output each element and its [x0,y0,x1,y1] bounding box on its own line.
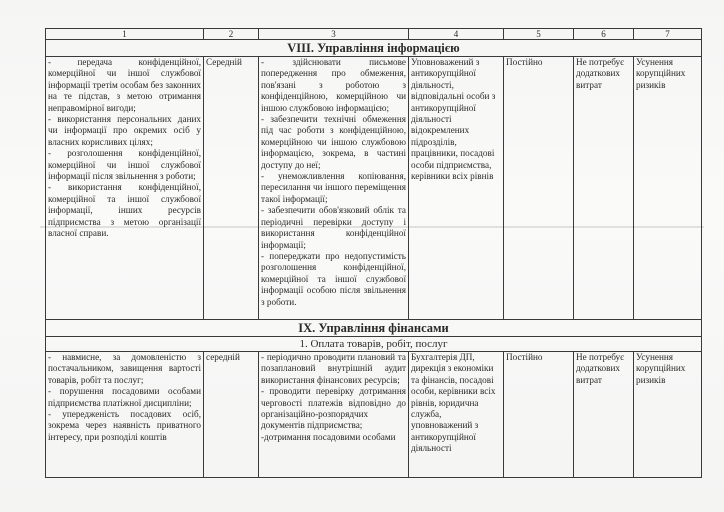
risk-item: - передача конфіденційної, комерційної ч… [48,57,201,114]
risk-item: - використання конфіденційної, комерційн… [48,182,201,239]
risk-item: - упередженість посадових осіб, зокрема … [48,409,201,443]
section-heading-row: IX. Управління фінансами [46,320,702,337]
risk-item: - розголошення конфіденційної, комерційн… [48,148,201,182]
scanned-page: 1 2 3 4 5 6 7 VIII. Управління інформаці… [0,0,724,512]
measure-item: - забезпечити обов'язковий облік та пері… [261,205,406,251]
subsection-heading-row: 1. Оплата товарів, робіт, послуг [46,337,702,352]
resources-cell: Не потребує додаткових витрат [574,352,634,478]
responsible-cell: Уповноважений з антикорупційної діяльнос… [409,57,504,320]
section-title: IX. Управління фінансами [46,320,702,337]
table-row: - навмисне, за домовленістю з постачальн… [46,352,702,478]
measure-item: - попереджати про недопустимість розголо… [261,251,406,308]
column-number: 6 [574,29,634,40]
measure-item: - здійснювати письмове попередження про … [261,57,406,114]
column-number: 3 [259,29,409,40]
responsible-cell: Бухгалтерія ДП, дирекція з економіки та … [409,352,504,478]
column-number: 2 [204,29,259,40]
risk-item: - використання персональних даних чи інф… [48,114,201,148]
risk-item: - порушення посадовими особами підприємс… [48,386,201,409]
risk-level-cell: Середній [204,57,259,320]
term-cell: Постійно [504,57,574,320]
measures-cell: - періодично проводити плановий та позап… [259,352,409,478]
measure-item: - проводити перевірку дотримання чергово… [261,386,406,432]
anticorruption-measures-table: 1 2 3 4 5 6 7 VIII. Управління інформаці… [45,28,702,478]
measure-item: - забезпечити технічні обмеження під час… [261,114,406,171]
measure-item: - періодично проводити плановий та позап… [261,352,406,386]
subsection-title: 1. Оплата товарів, робіт, послуг [46,337,702,352]
result-cell: Усунення корупційних ризиків [634,352,702,478]
column-number: 1 [46,29,204,40]
column-number: 7 [634,29,702,40]
section-title: VIII. Управління інформацією [46,40,702,57]
term-cell: Постійно [504,352,574,478]
resources-cell: Не потребує додаткових витрат [574,57,634,320]
risk-item: - навмисне, за домовленістю з постачальн… [48,352,201,386]
risk-cell: - навмисне, за домовленістю з постачальн… [46,352,204,478]
result-cell: Усунення корупційних ризиків [634,57,702,320]
table-row: - передача конфіденційної, комерційної ч… [46,57,702,320]
measures-cell: - здійснювати письмове попередження про … [259,57,409,320]
column-number: 5 [504,29,574,40]
measure-item: -дотримання посадовими особами [261,432,406,443]
measure-item: - унеможливлення копіювання, пересилання… [261,171,406,205]
risk-level-cell: середній [204,352,259,478]
column-number-row: 1 2 3 4 5 6 7 [46,29,702,40]
risk-cell: - передача конфіденційної, комерційної ч… [46,57,204,320]
column-number: 4 [409,29,504,40]
section-heading-row: VIII. Управління інформацією [46,40,702,57]
